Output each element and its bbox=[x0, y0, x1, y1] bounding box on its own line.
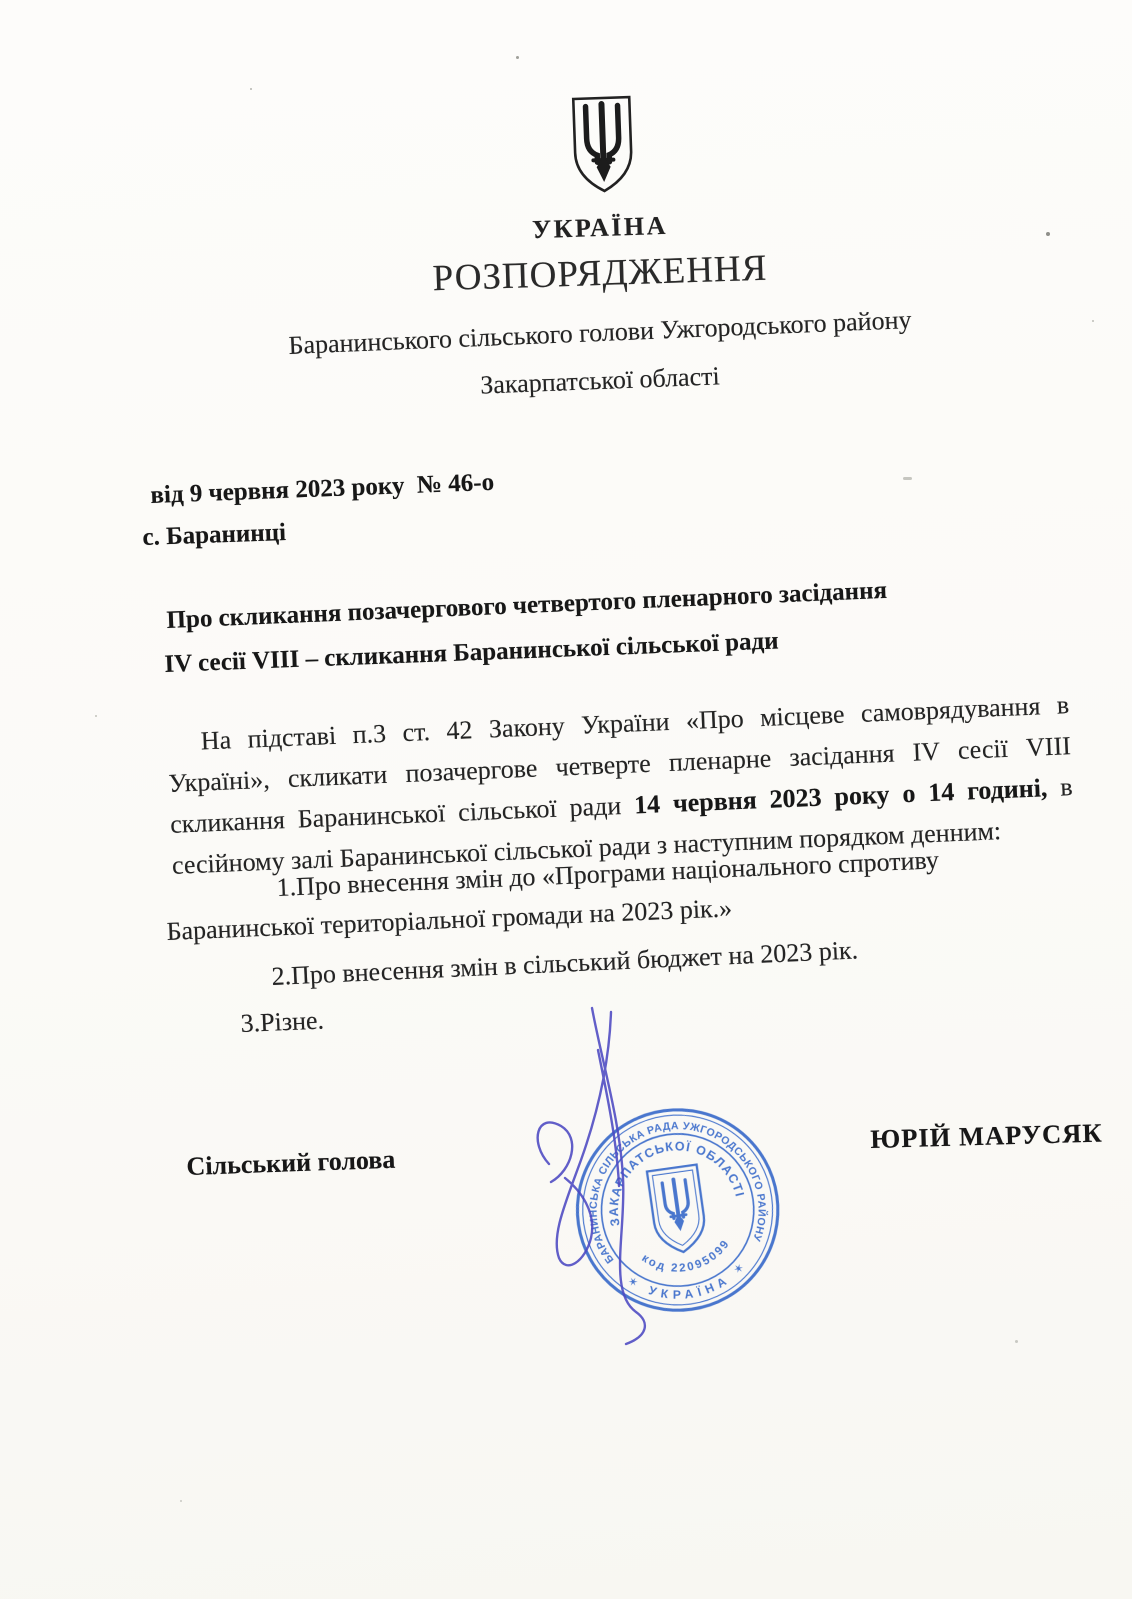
official-stamp: БАРАНИНСЬКА СІЛЬСЬКА РАДА УЖГОРОДСЬКОГО … bbox=[558, 1090, 798, 1334]
scan-speck bbox=[180, 1500, 182, 1502]
scan-speck bbox=[1092, 320, 1094, 322]
scan-speck bbox=[1015, 1340, 1018, 1343]
place-line: с. Баранинці bbox=[142, 519, 286, 552]
signatory-name: ЮРІЙ МАРУСЯК bbox=[870, 1118, 1103, 1155]
trident-emblem-icon bbox=[565, 93, 641, 204]
country-title: УКРАЇНА bbox=[430, 208, 771, 249]
scan-speck bbox=[95, 715, 97, 717]
signature-title: Сільський голова bbox=[186, 1145, 396, 1182]
issuer-line-2: Закарпатської області bbox=[400, 358, 801, 403]
document-type-title: РОЗПОРЯДЖЕННЯ bbox=[399, 246, 800, 302]
stamp-trident-icon bbox=[647, 1165, 708, 1256]
scan-speck bbox=[250, 88, 252, 90]
agenda-item-3: 3.Різне. bbox=[240, 1006, 325, 1039]
scan-speck bbox=[1046, 232, 1050, 236]
subject-line-2: IV сесії VIII – скликання Баранинської с… bbox=[164, 627, 779, 679]
agenda-item-2: 2.Про внесення змін в сільський бюджет н… bbox=[271, 935, 859, 992]
agenda-item-1-line-2: Баранинської територіальної громади на 2… bbox=[166, 893, 733, 947]
subject-line-1: Про скликання позачергового четвертого п… bbox=[166, 577, 888, 635]
body-line-3-tail: в bbox=[1047, 772, 1073, 802]
date-number-line: від 9 червня 2023 року № 46-о bbox=[150, 469, 495, 510]
issuer-line-1: Баранинського сільського голови Ужгородс… bbox=[250, 303, 951, 362]
scan-speck bbox=[516, 56, 519, 59]
document-page: УКРАЇНА РОЗПОРЯДЖЕННЯ Баранинського сіль… bbox=[0, 0, 1132, 1599]
scan-smudge bbox=[903, 477, 912, 480]
